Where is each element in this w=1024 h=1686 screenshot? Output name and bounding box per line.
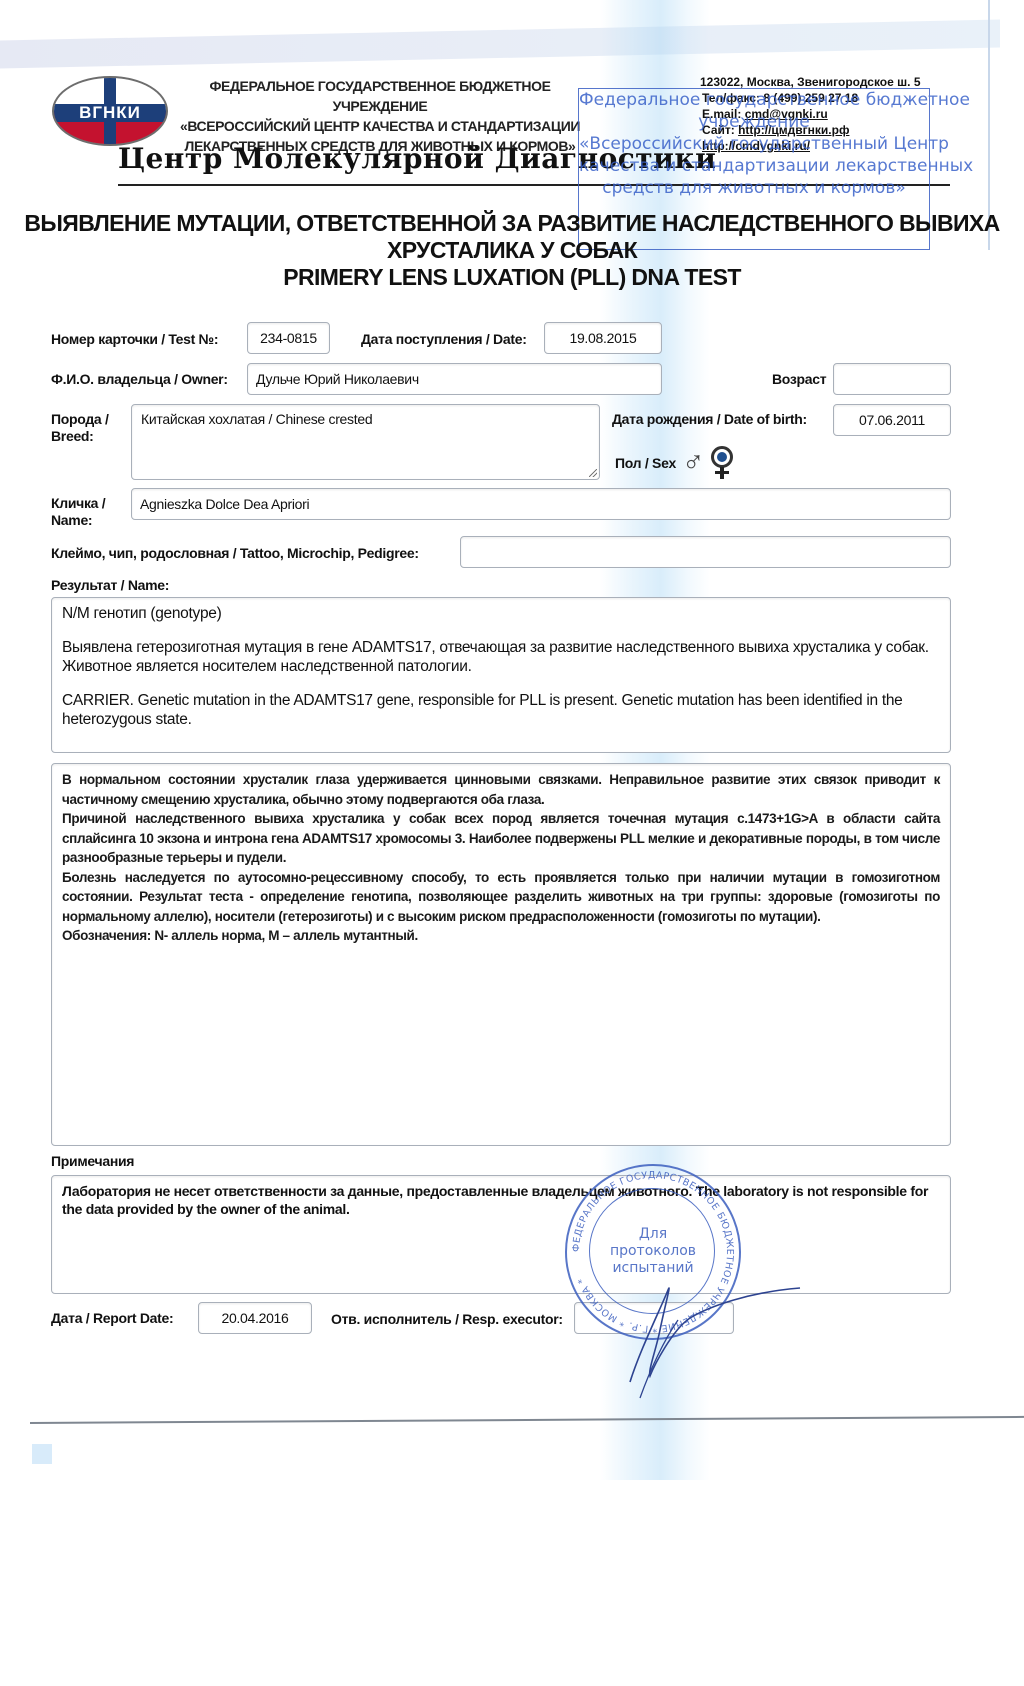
description-paragraph: Болезнь наследуется по аутосомно-рецесси… <box>62 868 940 927</box>
female-icon-selected[interactable] <box>711 446 733 480</box>
stamp-line: Федеральное государственное бюджетное <box>579 89 929 111</box>
stamp-line: качества и стандартизации лекарственных <box>579 155 929 177</box>
logo-text: ВГНКИ <box>54 103 166 123</box>
age-field[interactable] <box>833 363 951 395</box>
owner-value: Дульче Юрий Николаевич <box>256 371 419 387</box>
executor-label: Отв. исполнитель / Resp. executor: <box>331 1311 563 1328</box>
report-date-field[interactable]: 20.04.2016 <box>198 1302 312 1334</box>
breed-label: Порода / Breed: <box>51 411 109 445</box>
signature <box>620 1270 820 1400</box>
scan-artifact-mark <box>32 1444 52 1464</box>
seal-line: протоколов <box>567 1243 739 1260</box>
title-line-3: PRIMERY LENS LUXATION (PLL) DNA TEST <box>0 264 1024 291</box>
description-text: В нормальном состоянии хрусталик глаза у… <box>52 764 950 952</box>
result-box[interactable]: N/M генотип (genotype) Выявлена гетерози… <box>51 597 951 753</box>
male-icon[interactable]: ♂ <box>682 448 705 478</box>
org-line-2: «ВСЕРОССИЙСКИЙ ЦЕНТР КАЧЕСТВА И СТАНДАРТ… <box>170 116 590 136</box>
description-paragraph: Обозначения: N- аллель норма, M – аллель… <box>62 926 940 946</box>
report-date-value: 20.04.2016 <box>221 1310 288 1326</box>
caduceus-icon: ⚕ <box>103 82 112 98</box>
report-date-label: Дата / Report Date: <box>51 1310 173 1327</box>
breed-label-en: Breed: <box>51 428 109 445</box>
dob-field[interactable]: 07.06.2011 <box>833 404 951 436</box>
dob-label: Дата рождения / Date of birth: <box>612 411 807 428</box>
owner-label: Ф.И.О. владельца / Owner: <box>51 371 228 388</box>
result-text: N/M генотип (genotype) Выявлена гетерози… <box>52 598 950 750</box>
name-value: Agnieszka Dolce Dea Apriori <box>140 496 309 512</box>
document-title: ВЫЯВЛЕНИЕ МУТАЦИИ, ОТВЕТСТВЕННОЙ ЗА РАЗВ… <box>0 210 1024 291</box>
vgnki-logo: ⚕ ВГНКИ <box>52 76 168 146</box>
date-field[interactable]: 19.08.2015 <box>544 322 662 354</box>
breed-label-ru: Порода / <box>51 411 109 428</box>
stamp-line: учреждение <box>579 111 929 133</box>
owner-field[interactable]: Дульче Юрий Николаевич <box>247 363 662 395</box>
name-label: Кличка / Name: <box>51 495 105 529</box>
name-label-en: Name: <box>51 512 105 529</box>
tattoo-field[interactable] <box>460 536 951 568</box>
name-label-ru: Кличка / <box>51 495 105 512</box>
stamp-line: «Всероссийский государственный Центр <box>579 133 929 155</box>
page-divider <box>30 1416 1024 1424</box>
sex-selector: Пол / Sex ♂ <box>615 446 733 480</box>
description-paragraph: Причиной наследственного вывиха хрустали… <box>62 809 940 868</box>
description-paragraph: В нормальном состоянии хрусталик глаза у… <box>62 770 940 809</box>
stamp-line: средств для животных и кормов» <box>579 177 929 199</box>
date-value: 19.08.2015 <box>569 330 636 346</box>
result-label: Результат / Name: <box>51 577 169 594</box>
resize-handle-icon[interactable] <box>589 469 597 477</box>
test-no-field[interactable]: 234-0815 <box>247 322 330 354</box>
date-label: Дата поступления / Date: <box>361 331 527 348</box>
scan-artifact-top <box>0 20 1000 69</box>
title-line-2: ХРУСТАЛИКА У СОБАК <box>0 237 1024 264</box>
tattoo-label: Клеймо, чип, родословная / Tattoo, Micro… <box>51 545 419 562</box>
result-description-ru: Выявлена гетерозиготная мутация в гене A… <box>62 638 940 676</box>
test-no-value: 234-0815 <box>260 330 317 346</box>
notes-text: Лаборатория не несет ответственности за … <box>52 1176 950 1224</box>
notes-label: Примечания <box>51 1153 134 1170</box>
breed-textarea[interactable]: Китайская хохлатая / Chinese crested <box>131 404 600 480</box>
description-box[interactable]: В нормальном состоянии хрусталик глаза у… <box>51 763 951 1146</box>
name-field[interactable]: Agnieszka Dolce Dea Apriori <box>131 488 951 520</box>
breed-value: Китайская хохлатая / Chinese crested <box>132 405 599 433</box>
sex-label: Пол / Sex <box>615 455 676 472</box>
title-line-1: ВЫЯВЛЕНИЕ МУТАЦИИ, ОТВЕТСТВЕННОЙ ЗА РАЗВ… <box>0 210 1024 237</box>
dob-value: 07.06.2011 <box>859 412 925 428</box>
org-line-1: ФЕДЕРАЛЬНОЕ ГОСУДАРСТВЕННОЕ БЮДЖЕТНОЕ УЧ… <box>170 76 590 116</box>
age-label: Возраст <box>772 371 826 388</box>
test-no-label: Номер карточки / Test №: <box>51 331 218 348</box>
result-genotype: N/M генотип (genotype) <box>62 604 940 623</box>
seal-line: Для <box>567 1226 739 1243</box>
result-description-en: CARRIER. Genetic mutation in the ADAMTS1… <box>62 691 940 729</box>
